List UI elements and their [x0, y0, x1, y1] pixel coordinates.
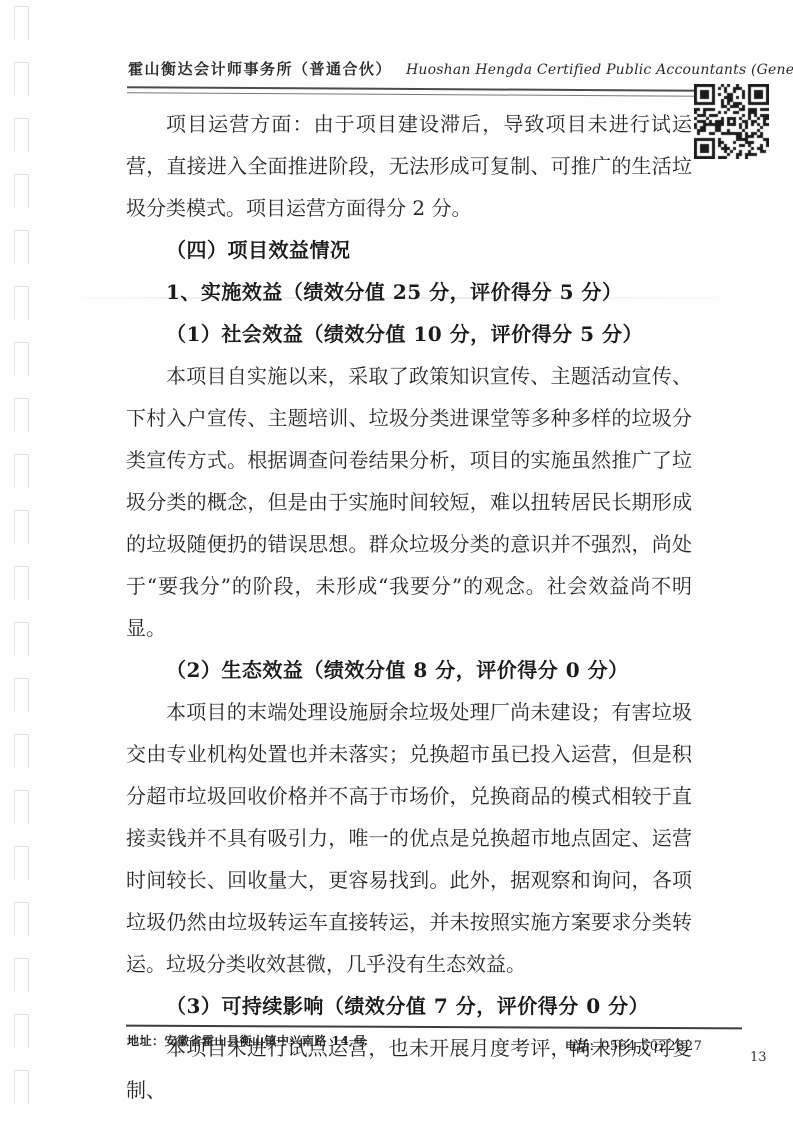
binding-mark — [14, 902, 29, 936]
binding-mark — [14, 678, 29, 712]
binding-mark — [14, 174, 29, 208]
binding-mark — [14, 454, 29, 488]
letterhead: 霍山衡达会计师事务所（普通合伙） Huoshan Hengda Certifie… — [128, 58, 728, 79]
header-rule — [127, 86, 705, 97]
firm-name-chinese: 霍山衡达会计师事务所（普通合伙） — [128, 58, 392, 79]
footer-phone-number: 0564-5022827 — [601, 1039, 702, 1054]
heading-social-benefit: （1）社会效益（绩效分值 10 分，评价得分 5 分） — [126, 313, 692, 355]
binding-mark — [14, 846, 29, 880]
para-ecological-benefit: 本项目的末端处理设施厨余垃圾处理厂尚未建设；有害垃圾交由专业机构处置也并未落实；… — [126, 691, 692, 985]
heading-implementation-benefit: 1、实施效益（绩效分值 25 分，评价得分 5 分） — [126, 271, 692, 313]
document-page: 霍山衡达会计师事务所（普通合伙） Huoshan Hengda Certifie… — [0, 0, 793, 1121]
binding-mark — [14, 230, 29, 264]
page-number: 13 — [750, 1050, 767, 1065]
para-project-operation: 项目运营方面：由于项目建设滞后，导致项目未进行试运营，直接进入全面推进阶段，无法… — [126, 103, 692, 229]
footer-address: 地址：安徽省霍山县衡山镇中兴南路 14 号 — [127, 1032, 367, 1049]
binding-mark — [14, 62, 29, 96]
binding-mark — [14, 1070, 29, 1104]
heading-ecological-benefit: （2）生态效益（绩效分值 8 分，评价得分 0 分） — [126, 649, 692, 691]
firm-name-english: Huoshan Hengda Certified Public Accounta… — [406, 62, 793, 78]
binding-mark — [14, 734, 29, 768]
footer-phone-label: 电话： — [565, 1039, 601, 1053]
heading-sustainable-impact: （3）可持续影响（绩效分值 7 分，评价得分 0 分） — [126, 985, 692, 1027]
binding-mark — [14, 286, 29, 320]
footer-phone: 电话：0564-5022827 — [565, 1037, 702, 1054]
binding-mark — [14, 342, 29, 376]
binding-mark — [14, 118, 29, 152]
qr-code — [694, 84, 769, 159]
heading-project-benefit: （四）项目效益情况 — [126, 229, 692, 271]
binding-mark — [14, 622, 29, 656]
binding-mark — [14, 566, 29, 600]
binding-mark — [14, 1014, 29, 1048]
binding-mark — [14, 398, 29, 432]
binding-mark — [14, 6, 29, 40]
para-social-benefit: 本项目自实施以来，采取了政策知识宣传、主题活动宣传、下村入户宣传、主题培训、垃圾… — [126, 355, 692, 649]
document-body: 项目运营方面：由于项目建设滞后，导致项目未进行试运营，直接进入全面推进阶段，无法… — [126, 103, 692, 1111]
binding-mark — [14, 510, 29, 544]
binding-mark — [14, 958, 29, 992]
binding-mark — [14, 790, 29, 824]
